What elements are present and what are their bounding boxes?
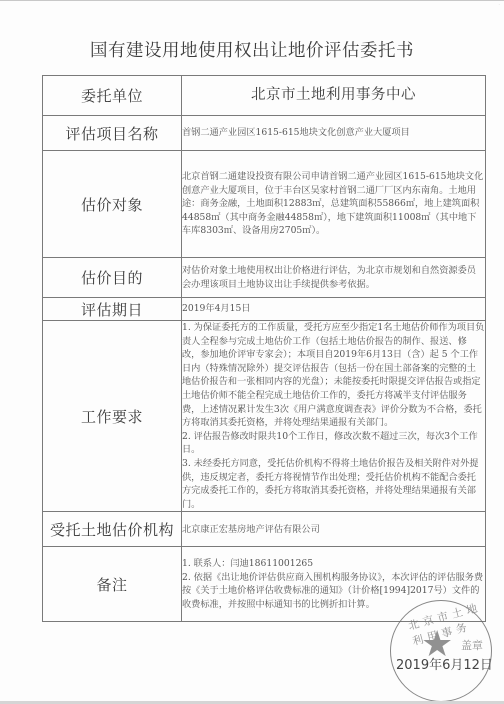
label-appraisal-agency: 受托土地估价机构 bbox=[43, 512, 182, 547]
row-project-name: 评估项目名称 首钢二通产业园区1615-615地块文化创意产业大厦项目 bbox=[43, 116, 486, 151]
row-valuation-purpose: 估价目的 对估价对象土地使用权出让价格进行评估，为北京市规划和自然资源委员会办理… bbox=[43, 258, 486, 298]
label-valuation-purpose: 估价目的 bbox=[43, 258, 182, 298]
value-work-requirements: 1. 为保证委托方的工作质量，受托方应至少指定1名土地估价师作为项目负责人全程参… bbox=[182, 321, 486, 512]
row-client: 委托单位 北京市土地利用事务中心 bbox=[43, 76, 486, 116]
label-work-requirements: 工作要求 bbox=[43, 321, 182, 512]
row-valuation-date: 评估期日 2019年4月15日 bbox=[43, 298, 486, 321]
commission-form-table: 委托单位 北京市土地利用事务中心 评估项目名称 首钢二通产业园区1615-615… bbox=[42, 75, 486, 622]
value-valuation-object: 北京首钢二通建设投资有限公司申请首钢二通产业园区1615-615地块文化创意产业… bbox=[182, 151, 486, 258]
value-project-name: 首钢二通产业园区1615-615地块文化创意产业大厦项目 bbox=[182, 116, 486, 151]
value-client: 北京市土地利用事务中心 bbox=[182, 76, 486, 116]
requirement-item: 2. 评估报告修改时限共10个工作日，修改次数不超过三次，每次3个工作日。 bbox=[182, 430, 485, 457]
value-valuation-purpose: 对估价对象土地使用权出让价格进行评估，为北京市规划和自然资源委员会办理该项目土地… bbox=[182, 258, 486, 298]
value-valuation-date: 2019年4月15日 bbox=[182, 298, 486, 321]
label-valuation-object: 估价对象 bbox=[43, 151, 182, 258]
label-project-name: 评估项目名称 bbox=[43, 116, 182, 151]
row-work-requirements: 工作要求 1. 为保证委托方的工作质量，受托方应至少指定1名土地估价师作为项目负… bbox=[43, 321, 486, 512]
row-valuation-object: 估价对象 北京首钢二通建设投资有限公司申请首钢二通产业园区1615-615地块文… bbox=[43, 151, 486, 258]
remark-item: 1. 联系人：闫迪18611001265 bbox=[182, 557, 485, 571]
official-seal: 北京市土地利用事务 ★ 盖章 bbox=[390, 600, 492, 702]
document-title: 国有建设用地使用权出让地价评估委托书 bbox=[0, 37, 504, 62]
requirement-item: 1. 为保证委托方的工作质量，受托方应至少指定1名土地估价师作为项目负责人全程参… bbox=[182, 321, 485, 430]
signature-date: 2019年6月12日 bbox=[396, 654, 493, 673]
requirement-item: 3. 未经委托方同意，受托估价机构不得将土地估价报告及相关附件对外提供，违反规定… bbox=[182, 457, 485, 511]
seal-side-text: 盖章 bbox=[461, 637, 483, 653]
label-valuation-date: 评估期日 bbox=[43, 298, 182, 321]
label-remarks: 备注 bbox=[43, 547, 182, 622]
page-top-edge bbox=[0, 0, 504, 1]
scan-mark: · bbox=[498, 2, 500, 8]
row-appraisal-agency: 受托土地估价机构 北京康正宏基房地产评估有限公司 bbox=[43, 512, 486, 547]
label-client: 委托单位 bbox=[43, 76, 182, 116]
value-appraisal-agency: 北京康正宏基房地产评估有限公司 bbox=[182, 512, 486, 547]
